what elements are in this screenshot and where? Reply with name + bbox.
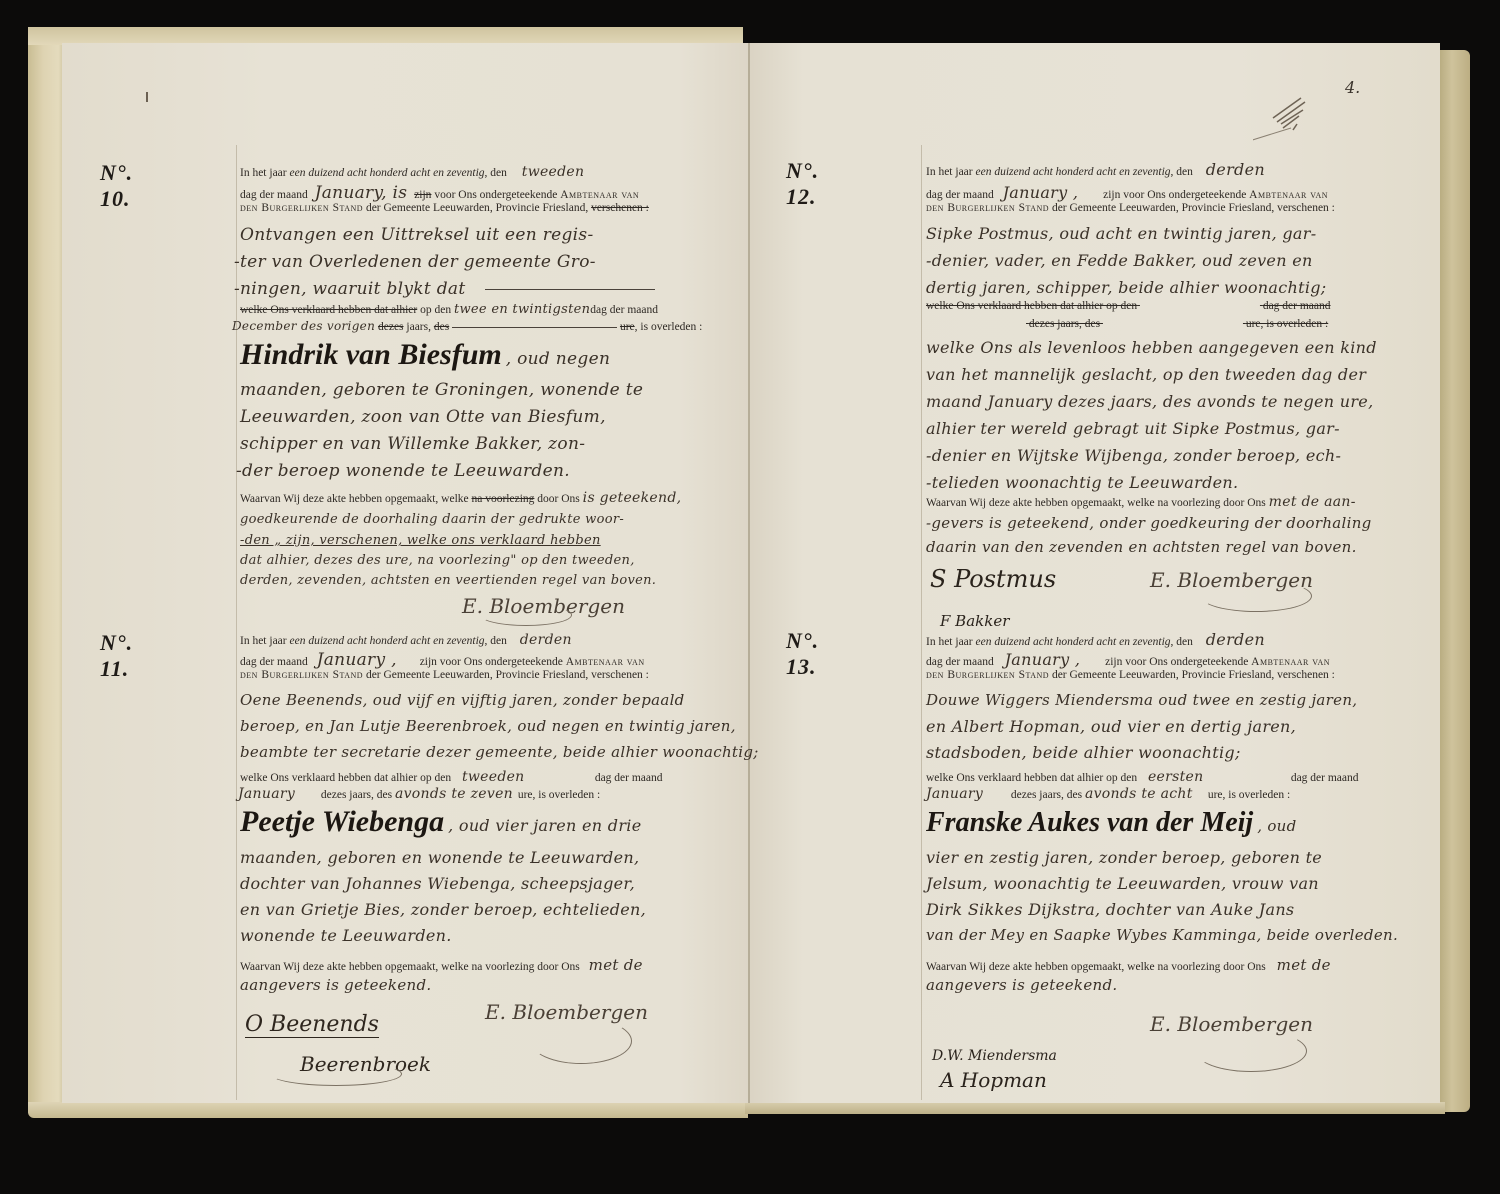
preprint-text: , verschenen : [585, 669, 649, 681]
preprint-text: , Provincie [1176, 202, 1226, 214]
handwritten-line: beambte ter secretarie dezer gemeente, b… [240, 743, 759, 761]
preprint-text: In het jaar [240, 167, 287, 179]
handwritten-line: maanden, geboren en wonende te Leeuwarde… [240, 848, 639, 867]
preprint-text: na voorlezing [472, 961, 535, 973]
preprint-text: dezes jaars, des [1011, 789, 1082, 801]
fill-line [452, 327, 617, 328]
signature-flourish [480, 604, 572, 626]
handwritten-line: -ter van Overledenen der gemeente Gro- [234, 252, 596, 272]
entry-number: N°. 12. [786, 158, 819, 210]
registration-month: January, is [315, 183, 408, 203]
signature-declarant-2: F Bakker [940, 612, 1009, 630]
handwritten-line: derden, zevenden, achtsten en veertiende… [240, 573, 656, 588]
death-time: avonds te acht [1085, 786, 1205, 802]
struck-preprint-line: welke Ons verklaard hebben dat alhier op… [926, 300, 1426, 312]
preprint-line-dezes: January dezes jaars, des avonds te acht … [926, 786, 1290, 802]
handwritten-text: met de [1277, 956, 1331, 974]
preprint-text: ure, is overleden : [1208, 789, 1290, 801]
signature-declarant-1: O Beenends [245, 1012, 379, 1038]
handwritten-text: , oud [1257, 817, 1296, 835]
handwritten-text: , oud negen [506, 349, 610, 369]
registration-month: January , [317, 650, 397, 670]
handwritten-line: Ontvangen een Uittreksel uit een regis- [240, 225, 593, 245]
handwritten-text: -ningen, waaruit blykt dat [234, 279, 465, 299]
handwritten-line: goedkeurende de doorhaling daarin der ge… [240, 512, 624, 527]
preprint-text: In het jaar [240, 635, 287, 647]
handwritten-line: maand January dezes jaars, des avonds te… [926, 392, 1373, 411]
preprint-text: Waarvan Wij deze akte hebben opgemaakt, … [926, 497, 1155, 509]
entry-number: N°. 11. [100, 630, 133, 682]
preprint-text: , verschenen : [1271, 202, 1335, 214]
preprint-text: den Burgerlijken Stand [240, 669, 363, 681]
preprint-line-welke: welke Ons verklaard hebben dat alhier op… [926, 769, 1359, 785]
deceased-line: Peetje Wiebenga , oud vier jaren en drie [240, 805, 641, 839]
preprint-text: der Gemeente [366, 669, 430, 681]
handwritten-line: wonende te Leeuwarden. [240, 926, 452, 945]
preprint-text: Ambtenaar van [1249, 189, 1328, 201]
struck-text: na voorlezing [472, 493, 535, 505]
registration-day: derden [1206, 630, 1265, 649]
preprint-text: Friesland [1229, 669, 1272, 681]
death-day: twee en twintigsten [454, 302, 590, 317]
book-edge-bottom-left [28, 1102, 748, 1118]
preprint-line-dezes: January dezes jaars, des avonds te zeven… [238, 786, 600, 802]
struck-text: dag der maand [1263, 300, 1331, 312]
preprint-line-3: den Burgerlijken Stand der Gemeente Leeu… [926, 202, 1335, 214]
preprint-year: een duizend acht honderd acht en zeventi… [290, 635, 485, 647]
death-time: avonds te zeven [395, 786, 515, 802]
preprint-text: Ambtenaar van [560, 189, 639, 201]
preprint-text: Leeuwarden [433, 202, 490, 214]
signature-declarant-1: S Postmus [930, 565, 1056, 593]
preprint-text: den Burgerlijken Stand [240, 202, 363, 214]
preprint-text: den Burgerlijken Stand [926, 669, 1049, 681]
handwritten-line: maanden, geboren te Groningen, wonende t… [240, 380, 643, 400]
preprint-text: ure, is overleden : [518, 789, 600, 801]
handwritten-line: alhier ter wereld gebragt uit Sipke Post… [926, 419, 1340, 438]
preprint-line-2: dag der maand January , zijn voor Ons on… [926, 650, 1330, 669]
deceased-line: Franske Aukes van der Meij , oud [926, 807, 1297, 839]
preprint-text: Ambtenaar van [566, 656, 645, 668]
registration-month: January , [1003, 183, 1079, 202]
preprint-line-waarvan: Waarvan Wij deze akte hebben opgemaakt, … [926, 956, 1331, 974]
preprint-text: , den [485, 167, 507, 179]
preprint-text: dag der maand [926, 189, 994, 201]
struck-text: ure [620, 321, 635, 333]
preprint-text: door Ons [537, 493, 580, 505]
preprint-text: , Provincie [1176, 669, 1226, 681]
paraph-mark [1283, 92, 1323, 120]
preprint-text: Waarvan Wij deze akte hebben opgemaakt, … [926, 961, 1155, 973]
book-gutter [748, 43, 750, 1103]
preprint-text: dag der maand [1291, 772, 1359, 784]
signature-flourish [1195, 1030, 1307, 1072]
death-month: December des vorigen [232, 319, 375, 333]
struck-text: ure, is overleden : [1246, 318, 1328, 330]
preprint-text: , den [1171, 166, 1193, 178]
preprint-text: , Provincie [490, 202, 540, 214]
preprint-text: door Ons [537, 961, 580, 973]
preprint-line-1: In het jaar een duizend acht honderd ach… [240, 164, 584, 180]
handwritten-text: met de aan- [1269, 494, 1356, 510]
handwritten-line: schipper en van Willemke Bakker, zon- [240, 434, 585, 454]
struck-text: verschenen : [591, 202, 649, 214]
preprint-text: dezes jaars, des [321, 789, 392, 801]
entry-number: N°. 10. [100, 160, 133, 212]
handwritten-line: Jelsum, woonachtig te Leeuwarden, vrouw … [926, 874, 1319, 893]
preprint-text: dag der maand [240, 656, 308, 668]
preprint-text: der Gemeente [1052, 669, 1116, 681]
ink-mark [146, 92, 148, 102]
struck-text: dezes [378, 321, 404, 333]
handwritten-line: dat alhier, dezes des ure, na voorlezing… [240, 553, 635, 568]
preprint-text: dag der maand [595, 772, 663, 784]
handwritten-line: -gevers is geteekend, onder goedkeuring … [926, 514, 1372, 532]
preprint-text: Friesland [543, 669, 586, 681]
death-day: tweeden [462, 769, 592, 785]
preprint-text: In het jaar [926, 166, 973, 178]
handwritten-line: -ningen, waaruit blykt dat [234, 279, 655, 299]
preprint-text: der Gemeente [366, 202, 430, 214]
handwritten-line: dertig jaren, schipper, beide alhier woo… [926, 278, 1327, 297]
signature-declarant-2: A Hopman [940, 1068, 1047, 1092]
preprint-line-1: In het jaar een duizend acht honderd ach… [926, 630, 1265, 649]
struck-text: zijn [414, 189, 431, 201]
preprint-text: zijn voor Ons ondergeteekende [1105, 656, 1248, 668]
preprint-text: , den [1171, 636, 1193, 648]
handwritten-line: aangevers is geteekend. [926, 976, 1117, 994]
preprint-text: Friesland [543, 202, 586, 214]
handwritten-line: Dirk Sikkes Dijkstra, dochter van Auke J… [926, 900, 1294, 919]
preprint-text: den Burgerlijken Stand [926, 202, 1049, 214]
preprint-text: Ambtenaar van [1251, 656, 1330, 668]
entry-number: N°. 13. [786, 628, 819, 680]
handwritten-line: Oene Beenends, oud vijf en vijftig jaren… [240, 691, 685, 709]
struck-text: des [434, 321, 449, 333]
death-day: eersten [1148, 769, 1288, 785]
deceased-name: Peetje Wiebenga [240, 805, 444, 838]
page-number: 4. [1345, 78, 1360, 97]
handwritten-line: welke Ons als levenloos hebben aangegeve… [926, 338, 1377, 357]
struck-text: dezes jaars, des [1029, 318, 1100, 330]
preprint-text: door Ons [1223, 497, 1266, 509]
handwritten-line: Douwe Wiggers Miendersma oud twee en zes… [926, 691, 1357, 709]
preprint-year: een duizend acht honderd acht en zeventi… [290, 167, 485, 179]
preprint-text: dag der maand [590, 304, 658, 316]
struck-preprint-line: dezes jaars, des ure, is overleden : [926, 318, 1426, 330]
preprint-line-2: dag der maand January, is zijn voor Ons … [240, 183, 639, 203]
preprint-line-3: den Burgerlijken Stand der Gemeente Leeu… [926, 669, 1335, 681]
handwritten-text: met de [589, 956, 643, 974]
handwritten-text: , oud vier jaren en drie [448, 816, 641, 835]
preprint-year: een duizend acht honderd acht en zeventi… [976, 166, 1171, 178]
death-month: January [926, 786, 1008, 802]
preprint-text: welke Ons verklaard hebben dat alhier op… [926, 772, 1137, 784]
handwritten-line: beroep, en Jan Lutje Beerenbroek, oud ne… [240, 717, 736, 735]
signature-flourish [270, 1062, 402, 1086]
handwritten-line: vier en zestig jaren, zonder beroep, geb… [926, 848, 1322, 867]
preprint-text: na voorlezing [1158, 497, 1221, 509]
preprint-text: door Ons [1223, 961, 1266, 973]
handwritten-line: -der beroep wonende te Leeuwarden. [236, 461, 570, 481]
signature-declarant-1: D.W. Miendersma [932, 1048, 1057, 1064]
preprint-line-waarvan: Waarvan Wij deze akte hebben opgemaakt, … [926, 494, 1356, 510]
handwritten-line: -den „ zijn, verschenen, welke ons verkl… [240, 533, 601, 548]
registration-day: derden [1206, 160, 1265, 179]
preprint-text: Leeuwarden [1119, 669, 1176, 681]
signature-flourish [1200, 580, 1312, 612]
preprint-line-dezes: December des vorigen dezes jaars, des ur… [232, 319, 702, 333]
preprint-text: Waarvan Wij deze akte hebben opgemaakt, … [240, 493, 469, 505]
signature-flourish [530, 1018, 632, 1064]
preprint-line-3: den Burgerlijken Stand der Gemeente Leeu… [240, 202, 649, 214]
preprint-text: welke Ons verklaard hebben dat alhier op… [240, 772, 451, 784]
book-edge-right [1440, 50, 1470, 1112]
deceased-name: Franske Aukes van der Meij [926, 807, 1253, 838]
right-margin-rule [921, 145, 922, 1100]
deceased-line: Hindrik van Biesfum , oud negen [240, 338, 610, 372]
preprint-text: zijn voor Ons ondergeteekende [420, 656, 563, 668]
handwritten-text: is geteekend, [583, 490, 682, 506]
handwritten-line: Leeuwarden, zoon van Otte van Biesfum, [240, 407, 606, 427]
preprint-line-1: In het jaar een duizend acht honderd ach… [240, 632, 572, 648]
preprint-text: In het jaar [926, 636, 973, 648]
handwritten-line: van het mannelijk geslacht, op den tweed… [926, 365, 1366, 384]
preprint-line-1: In het jaar een duizend acht honderd ach… [926, 160, 1265, 179]
handwritten-line: -denier, vader, en Fedde Bakker, oud zev… [926, 251, 1313, 270]
preprint-line-3: den Burgerlijken Stand der Gemeente Leeu… [240, 669, 649, 681]
preprint-text: Friesland [1229, 202, 1272, 214]
death-month: January [238, 786, 318, 802]
preprint-text: dag der maand [240, 189, 308, 201]
preprint-text: , den [485, 635, 507, 647]
preprint-text: Leeuwarden [1119, 202, 1176, 214]
preprint-line-waarvan: Waarvan Wij deze akte hebben opgemaakt, … [240, 956, 643, 974]
handwritten-line: en Albert Hopman, oud vier en dertig jar… [926, 717, 1296, 736]
preprint-text: Waarvan Wij deze akte hebben opgemaakt, … [240, 961, 469, 973]
registration-day: tweeden [522, 164, 585, 180]
handwritten-line: stadsboden, beide alhier woonachtig; [926, 743, 1241, 762]
deceased-name: Hindrik van Biesfum [240, 338, 502, 371]
fill-line [485, 289, 655, 290]
handwritten-line: Sipke Postmus, oud acht en twintig jaren… [926, 224, 1316, 243]
preprint-line-2: dag der maand January , zijn voor Ons on… [926, 183, 1328, 202]
struck-text: welke Ons verklaard hebben dat alhier [240, 304, 417, 316]
preprint-text: der Gemeente [1052, 202, 1116, 214]
registration-month: January , [1005, 650, 1081, 669]
handwritten-line: van der Mey en Saapke Wybes Kamminga, be… [926, 926, 1398, 944]
preprint-line-waarvan: Waarvan Wij deze akte hebben opgemaakt, … [240, 490, 681, 506]
preprint-text: Leeuwarden [433, 669, 490, 681]
handwritten-line: -telieden woonachtig te Leeuwarden. [926, 473, 1238, 492]
preprint-text: , Provincie [490, 669, 540, 681]
preprint-text: dag der maand [926, 656, 994, 668]
handwritten-line: dochter van Johannes Wiebenga, scheepsja… [240, 874, 635, 893]
book-edge-bottom-right [745, 1102, 1445, 1114]
preprint-line-2: dag der maand January , zijn voor Ons on… [240, 650, 645, 670]
preprint-text: , verschenen : [1271, 669, 1335, 681]
handwritten-line: aangevers is geteekend. [240, 976, 431, 994]
preprint-line-welke: welke Ons verklaard hebben dat alhier op… [240, 302, 658, 317]
preprint-text: na voorlezing [1158, 961, 1221, 973]
preprint-line-welke: welke Ons verklaard hebben dat alhier op… [240, 769, 663, 785]
handwritten-line: en van Grietje Bies, zonder beroep, echt… [240, 900, 646, 919]
preprint-year: een duizend acht honderd acht en zeventi… [976, 636, 1171, 648]
preprint-text: zijn voor Ons ondergeteekende [1103, 189, 1246, 201]
book-edge-left [28, 27, 66, 1117]
handwritten-line: -denier en Wijtske Wijbenga, zonder bero… [926, 446, 1341, 465]
registration-day: derden [520, 632, 572, 648]
struck-text: welke Ons verklaard hebben dat alhier op… [926, 300, 1137, 312]
handwritten-line: daarin van den zevenden en achtsten rege… [926, 538, 1357, 556]
